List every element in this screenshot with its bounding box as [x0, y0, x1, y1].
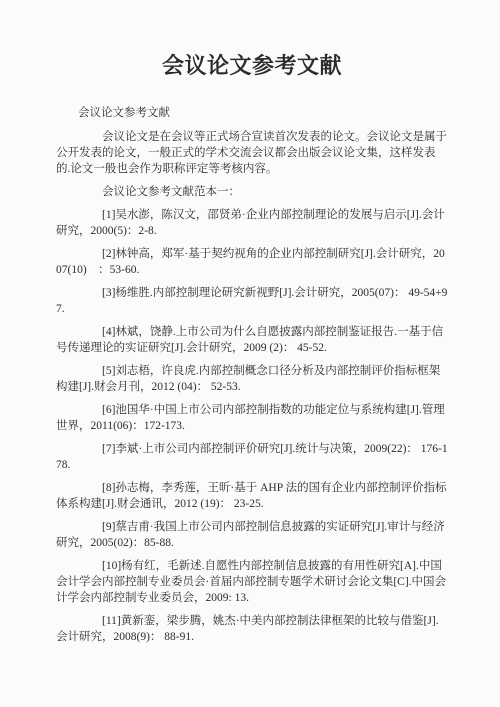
reference-item-4: [4]林斌，饶静.上市公司为什么自愿披露内部控制鉴证报告.一基于信号传递理论的实…	[56, 324, 448, 356]
reference-item-2: [2]林钟高，郑军·基于契约视角的企业内部控制研究[J].会计研究，2007(1…	[56, 246, 448, 278]
page-title: 会议论文参考文献	[56, 53, 448, 79]
reference-item-5: [5]刘志梧，许良虎.内部控制概念口径分析及内部控制评价指标框架构建[J].财会…	[56, 363, 448, 395]
reference-item-10: [10]杨有红，毛新述.自愿性内部控制信息披露的有用性研究[A].中国会计学会内…	[56, 558, 448, 606]
reference-item-9: [9]蔡吉甫·我国上市公司内部控制信息披露的实证研究[J].审计与经济研究，20…	[56, 519, 448, 551]
reference-list: [1]吴水澎，陈汉文，邵贤弟·企业内部控制理论的发展与启示[J].会计研究，20…	[56, 207, 448, 645]
intro-paragraph: 会议论文是在会议等正式场合宣读首次发表的论文。会议论文是属于公开发表的论文，一般…	[56, 129, 448, 177]
reference-item-3: [3]杨维胜.内部控制理论研究新视野[J].会计研究，2005(07)： 49-…	[56, 285, 448, 317]
reference-item-11: [11]黄新銮，梁步腾，姚杰·中美内部控制法律框架的比较与借鉴[J].会计研究，…	[56, 613, 448, 645]
reference-item-6: [6]池国华·中国上市公司内部控制指数的功能定位与系统构建[J].管理世界，20…	[56, 402, 448, 434]
section-heading: 会议论文参考文献范本一：	[56, 184, 448, 200]
document-subtitle: 会议论文参考文献	[56, 105, 448, 121]
reference-item-8: [8]孙志梅，李秀莲，王昕·基于 AHP 法的国有企业内部控制评价指标体系构建[…	[56, 480, 448, 512]
reference-item-7: [7]李斌·上市公司内部控制评价研究[J].统计与决策，2009(22)： 17…	[56, 441, 448, 473]
document-page: 会议论文参考文献 会议论文参考文献 会议论文是在会议等正式场合宣读首次发表的论文…	[0, 0, 500, 707]
reference-item-1: [1]吴水澎，陈汉文，邵贤弟·企业内部控制理论的发展与启示[J].会计研究，20…	[56, 207, 448, 239]
